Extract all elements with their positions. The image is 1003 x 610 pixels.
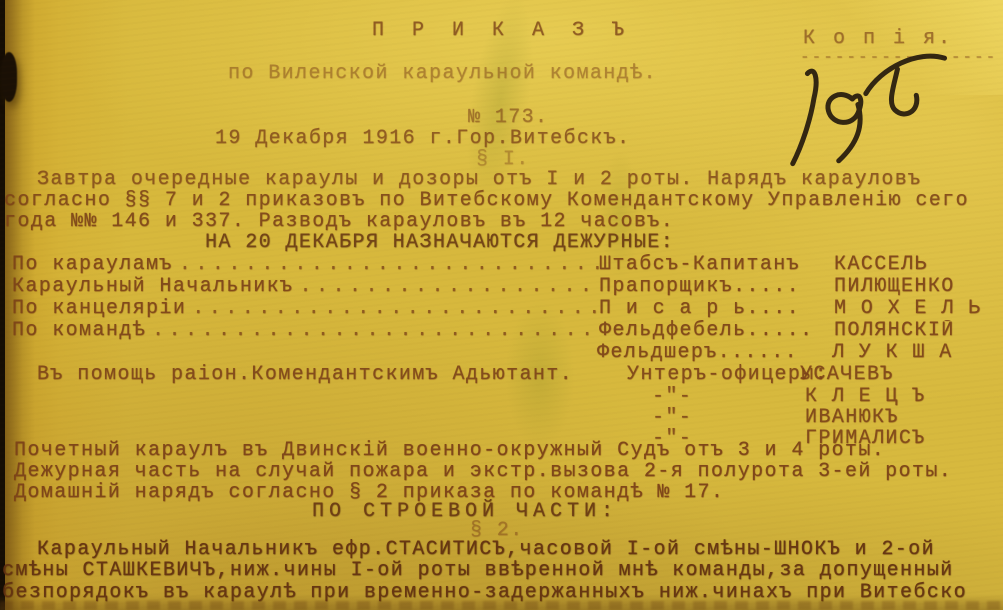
duty-post: По командѣ	[12, 320, 146, 342]
scanned-order-document: П Р И К А З Ъ К о п і я. ---------------…	[0, 0, 1003, 610]
order-number: № 173.	[468, 107, 548, 129]
bottom-edge-shadow	[0, 594, 1003, 610]
assist-name: К Л Е Ц Ъ	[805, 386, 926, 408]
dotted-leader: ........................................…	[146, 320, 599, 342]
duty-row: Караульный Начальникъ ..................…	[12, 276, 994, 298]
assist-name: УСАЧЕВЪ	[800, 364, 894, 386]
order-date-place: 19 Декабря 1916 г.Гор.Витебскъ.	[215, 128, 630, 150]
note-line: Дежурная часть на случай пожара и экстр.…	[14, 461, 952, 483]
ditto-mark: -"-	[652, 386, 692, 408]
handwritten-number: 195	[765, 46, 960, 164]
section-2-heading: ПО СТРОЕВОЙ ЧАСТИ:	[312, 501, 618, 523]
binding-hole	[1, 52, 17, 102]
duty-rank: Фельдфебель.....	[599, 320, 834, 342]
assist-line: Въ помощь раіон.Комендантскимъ Адьютант.	[37, 364, 573, 386]
duty-name: Л У К Ш А	[832, 342, 953, 364]
duty-rank: Штабсъ-Капитанъ	[599, 254, 834, 276]
para1-line2: согласно §§ 7 и 2 приказовъ по Витебском…	[4, 190, 969, 212]
order-subtitle: по Виленской караульной командѣ.	[228, 63, 657, 85]
duty-name: КАССЕЛЬ	[834, 254, 994, 276]
para1-line3: года №№ 146 и 337. Разводъ карауловъ въ …	[4, 211, 674, 233]
order-title: П Р И К А З Ъ	[372, 20, 632, 42]
assist-name: ИВАНЮКЪ	[805, 407, 899, 429]
duty-post: По карауламъ	[12, 254, 173, 276]
para1-line1: Завтра очередные караулы и дозоры отъ I …	[37, 169, 922, 191]
dotted-leader: ........................................…	[186, 298, 599, 320]
duty-name: М О Х Е Л Ь	[834, 298, 994, 320]
note-line: Почетный караулъ въ Двинскій военно-окру…	[14, 440, 885, 462]
duty-row: По канцеляріи ..........................…	[12, 298, 994, 320]
duty-post: Караульный Начальникъ	[12, 276, 293, 298]
dotted-leader: ........................................…	[173, 254, 599, 276]
duty-rank: Прапорщикъ.....	[599, 276, 834, 298]
duty-rank: Фельдшеръ......	[597, 342, 798, 364]
duty-name: ПИЛЮЩЕНКО	[834, 276, 994, 298]
section2-line2: смѣны СТАШКЕВИЧЪ,ниж.чины I-ой роты ввѣр…	[2, 560, 954, 582]
pen-stroke-graphic	[759, 36, 965, 174]
handwritten-number-value: 195	[765, 46, 766, 47]
duty-rank: П и с а р ь....	[599, 298, 834, 320]
duty-row: По карауламъ ...........................…	[12, 254, 994, 276]
section2-line1: Караульный Начальникъ ефр.СТАСИТИСЪ,часо…	[37, 539, 935, 561]
ditto-mark: -"-	[652, 407, 692, 429]
assist-rank: Унтеръ-офицеры:	[627, 364, 828, 386]
dotted-leader: ........................................…	[293, 276, 599, 298]
duty-post: По канцеляріи	[12, 298, 186, 320]
duty-heading: НА 20 ДЕКАБРЯ НАЗНАЧАЮТСЯ ДЕЖУРНЫЕ:	[205, 232, 674, 254]
duty-row: По командѣ .............................…	[12, 320, 994, 342]
duty-name: ПОЛЯНСКІЙ	[834, 320, 994, 342]
